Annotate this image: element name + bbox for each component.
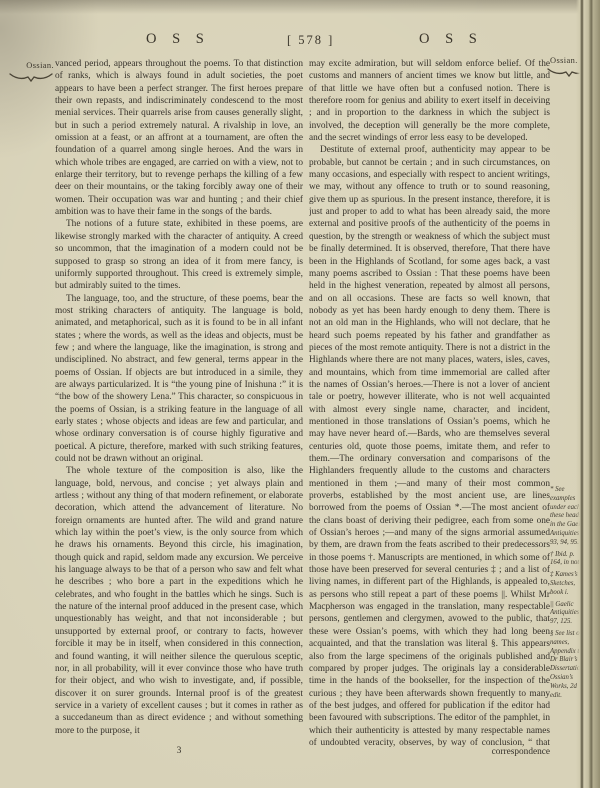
margin-headword-left: Ossian. — [8, 61, 54, 70]
paragraph: The whole texture of the composition is … — [55, 465, 303, 737]
top-edge-shadow — [0, 0, 600, 14]
paragraph: vanced period, appears throughout the po… — [55, 58, 303, 218]
page-edge-binding — [576, 0, 600, 788]
paragraph: The notions of a future state, exhibited… — [55, 218, 303, 292]
right-column: may excite admiration, but will seldom e… — [309, 58, 550, 750]
page-number: [ 578 ] — [287, 33, 334, 48]
paragraph: The language, too, and the structure, of… — [55, 293, 303, 466]
running-head-left: O S S — [146, 31, 210, 48]
running-head-right: O S S — [419, 31, 483, 48]
signature-mark: 3 — [55, 746, 303, 756]
paragraph: Destitute of external proof, authenticit… — [309, 144, 550, 750]
left-column: vanced period, appears throughout the po… — [55, 58, 303, 750]
paragraph: may excite admiration, but will seldom e… — [309, 58, 550, 144]
brace-ornament-left — [8, 72, 54, 83]
catchword: correspondence — [309, 747, 550, 757]
